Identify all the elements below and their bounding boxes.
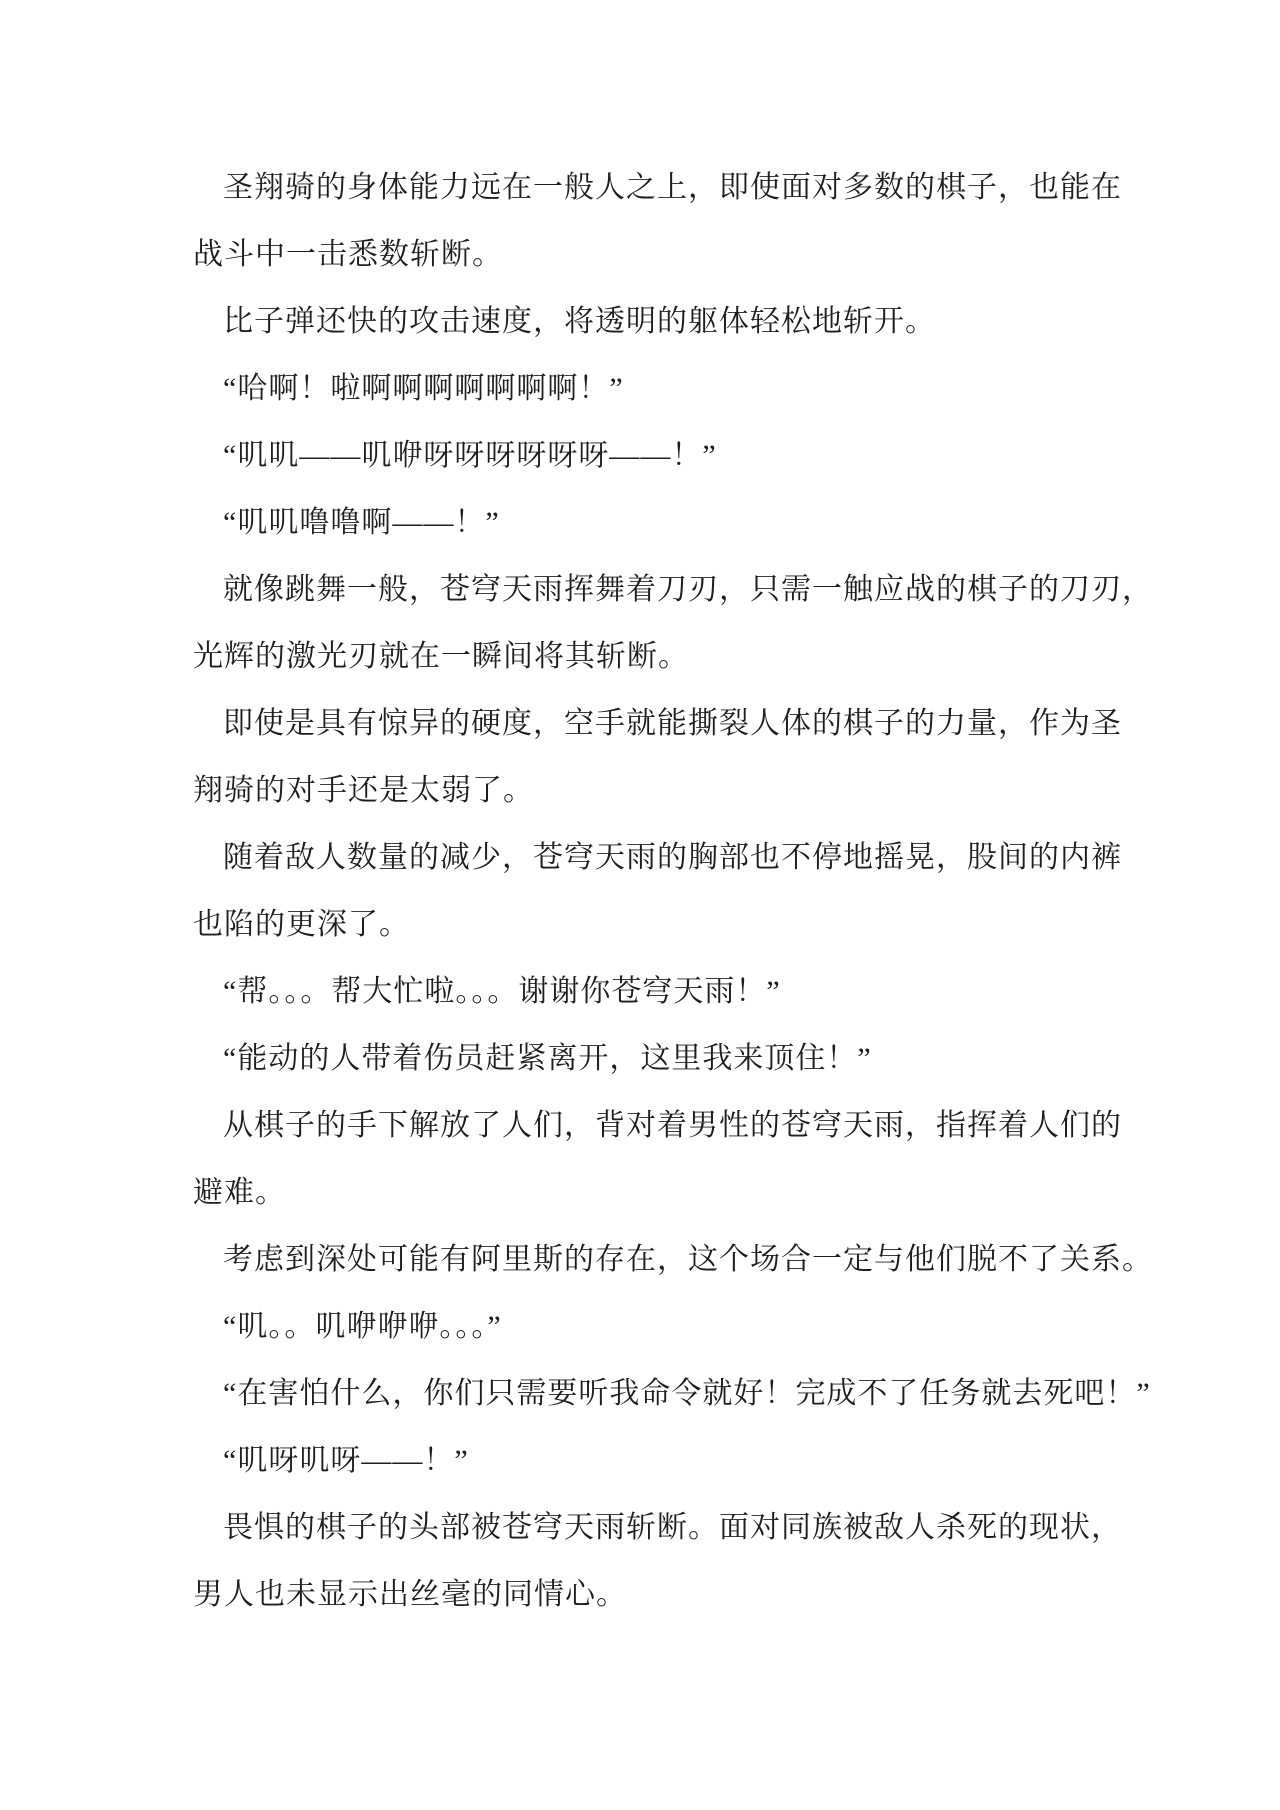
text-line: 随着敌人数量的减少，苍穹天雨的胸部也不停地摇晃，股间的内裤 [193, 824, 1203, 891]
text-line: “哈啊！啦啊啊啊啊啊啊啊！” [193, 355, 1203, 422]
text-block: 圣翔骑的身体能力远在一般人之上，即使面对多数的棋子，也能在战斗中一击悉数斩断。比… [193, 154, 1203, 1628]
text-line: 即使是具有惊异的硬度，空手就能撕裂人体的棋子的力量，作为圣 [193, 690, 1203, 757]
document-page: 圣翔骑的身体能力远在一般人之上，即使面对多数的棋子，也能在战斗中一击悉数斩断。比… [0, 0, 1280, 1810]
text-line: “叽呀叽呀——！” [193, 1427, 1203, 1494]
text-line: 光辉的激光刃就在一瞬间将其斩断。 [193, 623, 1203, 690]
text-line: 考虑到深处可能有阿里斯的存在，这个场合一定与他们脱不了关系。 [193, 1226, 1203, 1293]
text-line: 比子弹还快的攻击速度，将透明的躯体轻松地斩开。 [193, 288, 1203, 355]
text-line: “叽叽——叽咿呀呀呀呀呀呀——！” [193, 422, 1203, 489]
text-line: 就像跳舞一般，苍穹天雨挥舞着刀刃，只需一触应战的棋子的刀刃， [193, 556, 1203, 623]
text-line: “帮。。。帮大忙啦。。。谢谢你苍穹天雨！” [193, 958, 1203, 1025]
text-line: 男人也未显示出丝毫的同情心。 [193, 1561, 1203, 1628]
text-line: “叽。。叽咿咿咿。。。” [193, 1293, 1203, 1360]
text-line: “叽叽噜噜啊——！” [193, 489, 1203, 556]
text-line: 翔骑的对手还是太弱了。 [193, 757, 1203, 824]
text-line: 从棋子的手下解放了人们，背对着男性的苍穹天雨，指挥着人们的 [193, 1092, 1203, 1159]
text-line: 圣翔骑的身体能力远在一般人之上，即使面对多数的棋子，也能在 [193, 154, 1203, 221]
text-line: “在害怕什么，你们只需要听我命令就好！完成不了任务就去死吧！” [193, 1360, 1203, 1427]
text-line: 避难。 [193, 1159, 1203, 1226]
text-line: “能动的人带着伤员赶紧离开，这里我来顶住！” [193, 1025, 1203, 1092]
text-line: 也陷的更深了。 [193, 891, 1203, 958]
text-line: 畏惧的棋子的头部被苍穹天雨斩断。面对同族被敌人杀死的现状， [193, 1494, 1203, 1561]
text-line: 战斗中一击悉数斩断。 [193, 221, 1203, 288]
